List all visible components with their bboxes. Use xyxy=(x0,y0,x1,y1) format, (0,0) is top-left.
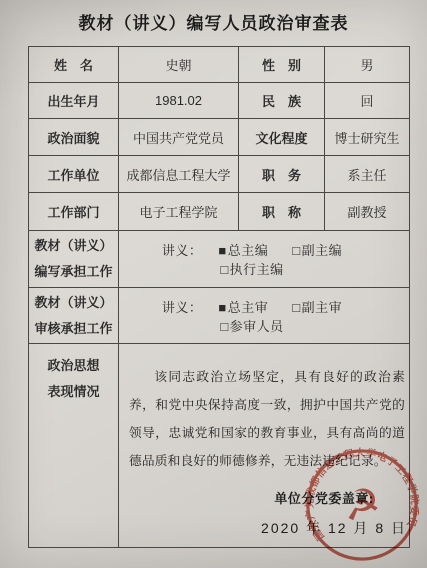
table-row: 出生年月 1981.02 民 族 回 xyxy=(29,83,410,119)
option-label: 副主编 xyxy=(302,243,343,258)
checkbox-checked-icon: ■ xyxy=(218,243,226,258)
field-label-editing-duty: 教材（讲义） 编写承担工作 xyxy=(29,231,119,288)
review-duty-options-cell: 讲义：■总主审□副主审□参审人员 xyxy=(119,288,410,344)
option-chief-editor: ■总主编 xyxy=(218,240,268,259)
table-row-review-duty: 教材（讲义） 审核承担工作 讲义：■总主审□副主审□参审人员 xyxy=(29,288,410,344)
option-label: 参审人员 xyxy=(230,319,284,334)
editing-duty-prefix: 讲义： xyxy=(162,243,203,258)
field-label-line: 教材（讲义） xyxy=(29,233,118,259)
checkbox-checked-icon: ■ xyxy=(218,300,226,315)
field-label-line: 审核承担工作 xyxy=(29,316,118,342)
field-value-education: 博士研究生 xyxy=(325,119,410,156)
editing-duty-options-cell: 讲义：■总主编□副主编□执行主编 xyxy=(119,231,410,288)
field-value-position: 系主任 xyxy=(325,156,410,193)
table-row: 工作部门 电子工程学院 职 称 副教授 xyxy=(29,193,410,231)
field-label-education: 文化程度 xyxy=(239,119,325,156)
field-value-title: 副教授 xyxy=(325,193,410,231)
date-line: 2020 年 12 月 8 日 xyxy=(119,518,407,538)
field-label-birthdate: 出生年月 xyxy=(29,83,119,119)
field-label-employer: 工作单位 xyxy=(29,156,119,193)
field-value-ethnicity: 回 xyxy=(325,83,410,119)
field-label-gender: 性 别 xyxy=(239,47,325,83)
field-label-name: 姓 名 xyxy=(29,47,119,83)
checkbox-empty-icon: □ xyxy=(292,243,300,258)
seal-caption: 单位分党委盖章: xyxy=(239,488,409,507)
field-label-position: 职 务 xyxy=(239,156,325,193)
field-label-line: 教材（讲义） xyxy=(29,290,118,316)
paper-photo: 教材（讲义）编写人员政治审查表 姓 名 史朝 性 别 男 出生年月 1981.0… xyxy=(0,0,427,568)
option-deputy-reviewer: □副主审 xyxy=(292,297,342,316)
checkbox-empty-icon: □ xyxy=(220,262,228,277)
field-value-political-status: 中国共产党党员 xyxy=(119,119,239,156)
field-label-review-duty: 教材（讲义） 审核承担工作 xyxy=(29,288,119,344)
field-label-ethnicity: 民 族 xyxy=(239,83,325,119)
table-row: 政治面貌 中国共产党党员 文化程度 博士研究生 xyxy=(29,119,410,156)
checkbox-empty-icon: □ xyxy=(220,319,228,334)
field-label-political-status: 政治面貌 xyxy=(29,119,119,156)
assessment-paragraph: 该同志政治立场坚定，具有良好的政治素养，和党中央保持高度一致，拥护中国共产党的领… xyxy=(129,363,405,475)
option-participating-reviewer: □参审人员 xyxy=(220,316,283,335)
table-row: 工作单位 成都信息工程大学 职 务 系主任 xyxy=(29,156,410,193)
option-label: 执行主编 xyxy=(230,262,284,277)
field-label-department: 工作部门 xyxy=(29,193,119,231)
field-label-line: 编写承担工作 xyxy=(29,259,118,285)
field-label-title: 职 称 xyxy=(239,193,325,231)
option-deputy-editor: □副主编 xyxy=(292,240,342,259)
field-value-birthdate: 1981.02 xyxy=(119,83,239,119)
field-value-gender: 男 xyxy=(325,47,410,83)
field-label-line: 表现情况 xyxy=(29,379,118,405)
field-label-assessment: 政治思想 表现情况 xyxy=(29,344,119,548)
table-row-assessment: 政治思想 表现情况 该同志政治立场坚定，具有良好的政治素养，和党中央保持高度一致… xyxy=(29,344,410,548)
checkbox-empty-icon: □ xyxy=(292,300,300,315)
field-value-department: 电子工程学院 xyxy=(119,193,239,231)
review-form-table: 姓 名 史朝 性 别 男 出生年月 1981.02 民 族 回 政治面貌 中国共… xyxy=(28,46,410,548)
assessment-cell: 该同志政治立场坚定，具有良好的政治素养，和党中央保持高度一致，拥护中国共产党的领… xyxy=(119,344,410,548)
field-value-employer: 成都信息工程大学 xyxy=(119,156,239,193)
option-label: 总主审 xyxy=(228,300,269,315)
field-value-name: 史朝 xyxy=(119,47,239,83)
table-row: 姓 名 史朝 性 别 男 xyxy=(29,47,410,83)
review-duty-prefix: 讲义： xyxy=(162,300,203,315)
option-label: 副主审 xyxy=(302,300,343,315)
option-chief-reviewer: ■总主审 xyxy=(218,297,268,316)
option-executive-editor: □执行主编 xyxy=(220,259,283,278)
form-title: 教材（讲义）编写人员政治审查表 xyxy=(0,9,427,34)
table-row-editing-duty: 教材（讲义） 编写承担工作 讲义：■总主编□副主编□执行主编 xyxy=(29,231,410,288)
option-label: 总主编 xyxy=(228,243,269,258)
field-label-line: 政治思想 xyxy=(29,344,118,379)
